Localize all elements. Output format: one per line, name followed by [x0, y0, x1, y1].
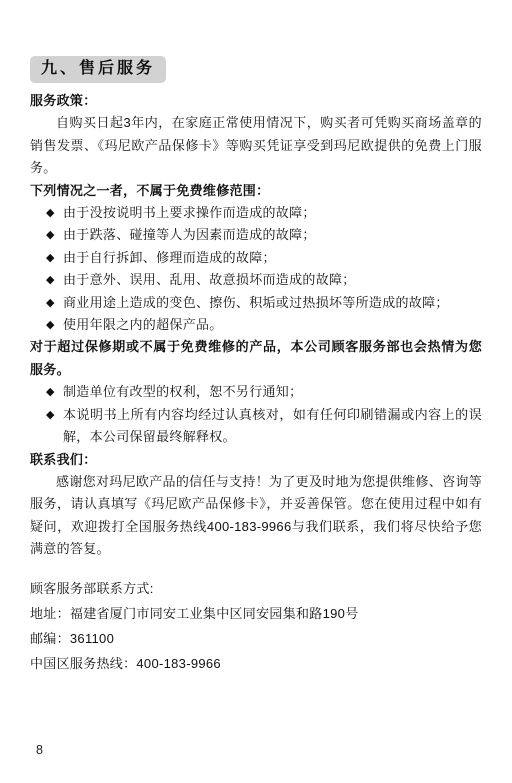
- exclusion-item-text: 使用年限之内的超保产品。: [63, 314, 482, 336]
- diamond-bullet-icon: ◆: [46, 202, 63, 224]
- service-policy-paragraph: 自购买日起3年内，在家庭正常使用情况下，购买者可凭购买商场盖章的销售发票、《玛尼…: [30, 112, 482, 179]
- service-dept-hotline: 中国区服务热线：400-183-9966: [30, 651, 482, 676]
- manual-page: 九、售后服务 服务政策： 自购买日起3年内，在家庭正常使用情况下，购买者可凭购买…: [0, 0, 512, 783]
- service-policy-heading: 服务政策：: [30, 90, 482, 112]
- exclusion-item-text: 由于跌落、碰撞等人为因素而造成的故障；: [63, 224, 482, 246]
- service-dept-address: 地址：福建省厦门市同安工业集中区同安园集和路190号: [30, 601, 482, 626]
- section-title-badge: 九、售后服务: [30, 56, 166, 83]
- service-dept-heading: 顾客服务部联系方式:: [30, 576, 482, 601]
- notice-item-text: 制造单位有改型的权利，恕不另行通知；: [63, 381, 482, 403]
- exclusion-item-text: 由于意外、误用、乱用、故意损坏而造成的故障；: [63, 269, 482, 291]
- diamond-bullet-icon: ◆: [46, 269, 63, 291]
- diamond-bullet-icon: ◆: [46, 314, 63, 336]
- out-of-warranty-heading: 对于超过保修期或不属于免费维修的产品，本公司顾客服务部也会热情为您服务。: [30, 336, 482, 381]
- notice-item-text: 本说明书上所有内容均经过认真核对，如有任何印刷错漏或内容上的误解，本公司保留最终…: [63, 404, 482, 449]
- service-dept-postcode: 邮编：361100: [30, 626, 482, 651]
- exclusion-item: ◆ 商业用途上造成的变色、擦伤、积垢或过热损坏等所造成的故障；: [30, 292, 482, 314]
- exclusions-heading: 下列情况之一者，不属于免费维修范围：: [30, 180, 482, 202]
- exclusion-item-text: 商业用途上造成的变色、擦伤、积垢或过热损坏等所造成的故障；: [63, 292, 482, 314]
- exclusion-item-text: 由于自行拆卸、修理而造成的故障；: [63, 247, 482, 269]
- diamond-bullet-icon: ◆: [46, 224, 63, 246]
- exclusion-item: ◆ 由于没按说明书上要求操作而造成的故障；: [30, 202, 482, 224]
- service-dept-block: 顾客服务部联系方式: 地址：福建省厦门市同安工业集中区同安园集和路190号 邮编…: [30, 576, 482, 676]
- notice-item: ◆ 制造单位有改型的权利，恕不另行通知；: [30, 381, 482, 403]
- diamond-bullet-icon: ◆: [46, 381, 63, 403]
- page-content: 九、售后服务 服务政策： 自购买日起3年内，在家庭正常使用情况下，购买者可凭购买…: [30, 0, 482, 676]
- exclusion-item: ◆ 使用年限之内的超保产品。: [30, 314, 482, 336]
- contact-us-paragraph: 感谢您对玛尼欧产品的信任与支持！为了更及时地为您提供维修、咨询等服务，请认真填写…: [30, 471, 482, 561]
- diamond-bullet-icon: ◆: [46, 292, 63, 314]
- notice-item: ◆ 本说明书上所有内容均经过认真核对，如有任何印刷错漏或内容上的误解，本公司保留…: [30, 404, 482, 449]
- exclusion-item: ◆ 由于自行拆卸、修理而造成的故障；: [30, 247, 482, 269]
- diamond-bullet-icon: ◆: [46, 404, 63, 426]
- page-number: 8: [36, 743, 43, 757]
- exclusion-item-text: 由于没按说明书上要求操作而造成的故障；: [63, 202, 482, 224]
- contact-us-heading: 联系我们：: [30, 449, 482, 471]
- exclusion-item: ◆ 由于意外、误用、乱用、故意损坏而造成的故障；: [30, 269, 482, 291]
- exclusion-item: ◆ 由于跌落、碰撞等人为因素而造成的故障；: [30, 224, 482, 246]
- diamond-bullet-icon: ◆: [46, 247, 63, 269]
